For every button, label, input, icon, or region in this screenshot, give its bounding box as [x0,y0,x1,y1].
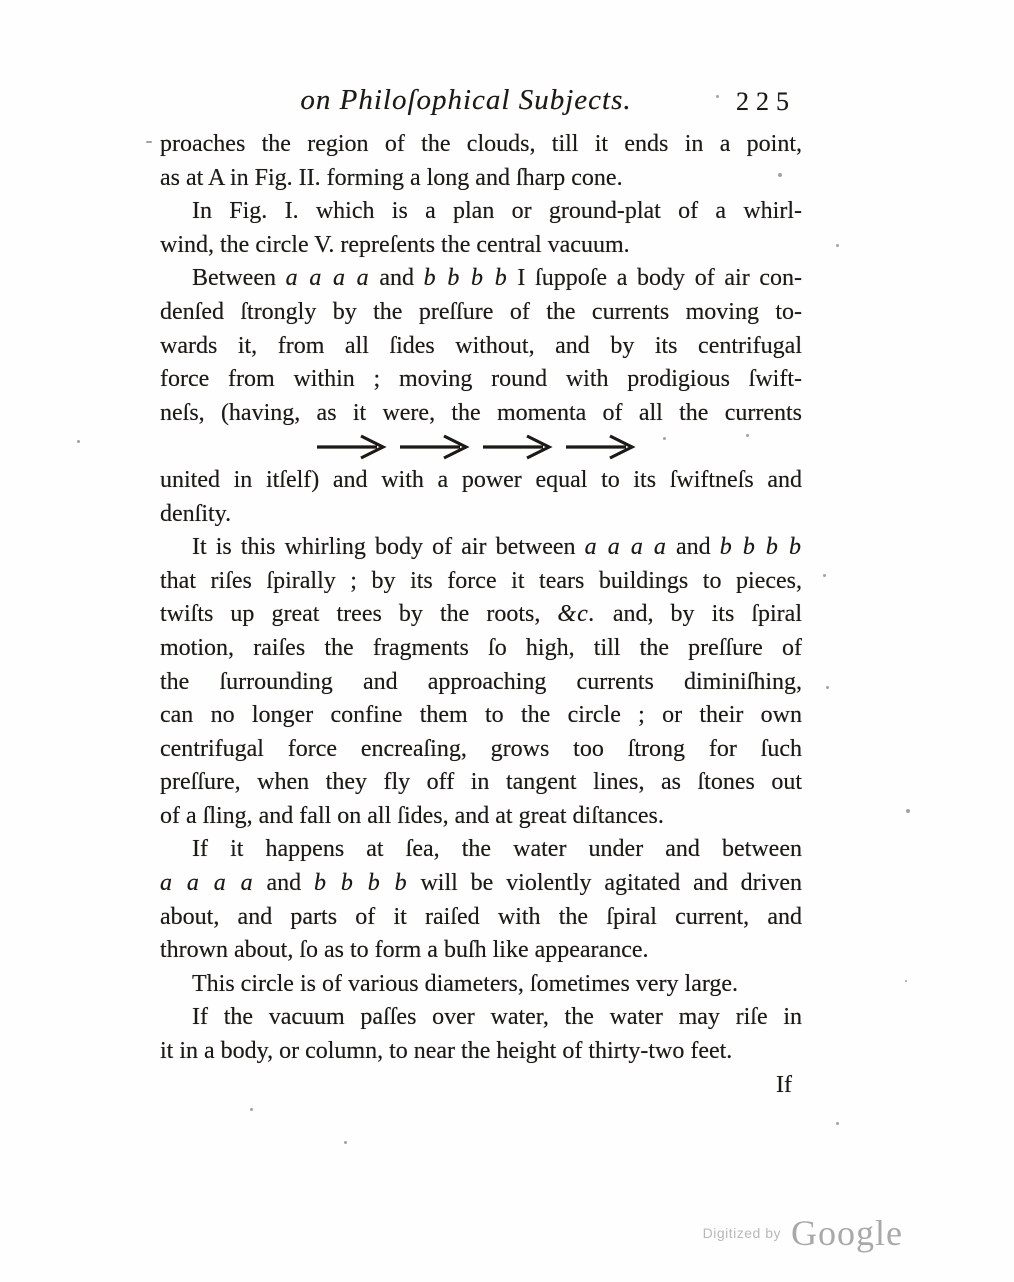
ink-speck [663,437,666,440]
ink-speck [905,980,907,982]
text-line: proaches the region of the clouds, till … [160,128,802,162]
text-line: This circle is of various diameters, ſom… [160,968,802,1002]
text-line: force from within ; moving round with pr… [160,363,802,397]
ink-speck [746,434,749,437]
text-line: In Fig. I. which is a plan or ground-pla… [160,195,802,229]
running-header-title: on Philoſophical Subjects. [160,84,772,117]
text-line: centrifugal force encreaſing, grows too … [160,733,802,767]
page-number: 225 [736,87,796,117]
ink-speck [716,95,719,98]
text-line: wards it, from all ſides without, and by… [160,330,802,364]
right-arrow-icon [566,436,632,458]
text-line: It is this whirling body of air between … [160,531,802,565]
italic-label: a a a a [160,870,254,896]
right-arrow-icon [483,436,549,458]
text-line: preſſure, when they fly off in tangent l… [160,766,802,800]
text-line: If it happens at ſea, the water under an… [160,833,802,867]
italic-label: b b b b [720,534,802,560]
text-line: motion, raiſes the fragments ſo high, ti… [160,632,802,666]
ink-speck [826,686,829,689]
current-arrows-row [160,430,802,464]
ink-speck [836,1122,839,1125]
right-arrow-icon [317,436,383,458]
italic-label: a a a a [286,265,370,291]
ink-speck [906,809,910,813]
text-line: of a ſling, and fall on all ſides, and a… [160,800,802,834]
text-line: that riſes ſpirally ; by its force it te… [160,565,802,599]
text-line: twiſts up great trees by the roots, &c. … [160,598,802,632]
text-line: neſs, (having, as it were, the momenta o… [160,397,802,431]
right-arrow-icon-row [315,431,647,463]
ink-speck [823,574,826,577]
ink-speck [146,141,152,143]
scanned-book-page: on Philoſophical Subjects. 225 proaches … [0,0,1014,1282]
text-line: as at A in Fig. II. forming a long and ſ… [160,162,802,196]
watermark: Digitized by Google [703,1212,903,1254]
italic-label: b b b b [424,265,508,291]
text-line: wind, the circle V. repreſents the centr… [160,229,802,263]
text-line: can no longer confine them to the circle… [160,699,802,733]
text-block: on Philoſophical Subjects. 225 proaches … [160,84,802,1102]
right-arrow-icon [400,436,466,458]
body-text: proaches the region of the clouds, till … [160,128,802,1069]
text-line: about, and parts of it raiſed with the ſ… [160,901,802,935]
italic-label: a a a a [585,534,667,560]
text-line: denſed ſtrongly by the preſſure of the c… [160,296,802,330]
text-line: united in itſelf) and with a power equal… [160,464,802,498]
google-logo: Google [791,1212,903,1254]
ink-speck [250,1108,253,1111]
italic-label: b b b b [314,870,408,896]
italic-label: &c. [557,601,595,627]
watermark-prefix: Digitized by [703,1225,781,1241]
ink-speck [778,173,782,177]
text-line: Between a a a a and b b b b I ſuppoſe a … [160,262,802,296]
ink-speck [77,440,80,443]
text-line: denſity. [160,498,802,532]
ink-speck [836,244,839,247]
running-header: on Philoſophical Subjects. 225 [160,84,802,128]
ink-speck [344,1141,347,1144]
text-line: thrown about, ſo as to form a buſh like … [160,934,802,968]
text-line: a a a a and b b b b will be violently ag… [160,867,802,901]
text-line: If the vacuum paſſes over water, the wat… [160,1001,802,1035]
text-line: the ſurrounding and approaching currents… [160,666,802,700]
catchword: If [160,1069,802,1103]
text-line: it in a body, or column, to near the hei… [160,1035,802,1069]
